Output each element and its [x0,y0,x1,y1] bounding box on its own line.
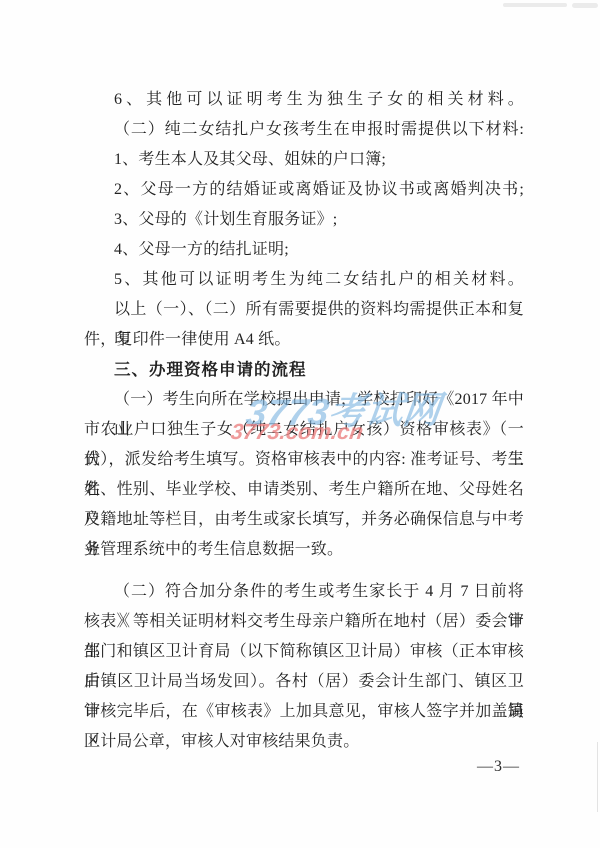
text-line: 核表》等相关证明材料交考生母亲户籍所在地村（居）委会计生 [84,607,524,637]
text-line: （一）考生向所在学校提出申请，学校打印好《2017 年中山 [84,385,524,415]
section-heading: 三、办理资格申请的流程 [84,355,524,385]
text-line: 4、父母一方的结扎证明; [84,235,524,265]
text-line: 6、其他可以证明考生为独生子女的相关材料。 [84,85,524,115]
text-line: 以上（一）、（二）所有需要提供的资料均需提供正本和复印 [84,295,524,325]
document-body: 6、其他可以证明考生为独生子女的相关材料。 （二）纯二女结扎户女孩考生在申报时需… [84,85,524,757]
text-line: 5、其他可以证明考生为纯二女结扎户的相关材料。 [84,265,524,295]
page-number: —3— [477,758,520,776]
document-page: 6、其他可以证明考生为独生子女的相关材料。 （二）纯二女结扎户女孩考生在申报时需… [0,0,600,848]
text-line: 份），派发给考生填写。资格审核表中的内容: 准考证号、考生姓 [84,445,524,475]
text-line: 由镇区卫计局当场发回）。各村（居）委会计生部门、镇区卫计局 [84,667,524,697]
text-line: 名、性别、毕业学校、申请类别、考生户籍所在地、父母姓名及 [84,475,524,505]
text-line: 3、父母的《计划生育服务证》; [84,205,524,235]
scan-artifact-streak [503,3,567,7]
text-line: （二）符合加分条件的考生或考生家长于 4 月 7 日前将《审 [84,577,524,607]
text-line: 2、父母一方的结婚证或离婚证及协议书或离婚判决书; [84,175,524,205]
text-line: 户籍地址等栏目，由考生或家长填写，并务必确保信息与中考业 [84,505,524,535]
text-line: 1、考生本人及其父母、姐妹的户口簿; [84,145,524,175]
text-line: 卫计局公章，审核人对审核结果负责。 [84,727,524,757]
scan-edge-line [597,742,598,812]
text-line: 市农业户口独生子女（纯二女结扎户女孩）资格审核表》（一式三 [84,415,524,445]
text-line: 件，复印件一律使用 A4 纸。 [84,325,524,355]
text-line: 部门和镇区卫计育局（以下简称镇区卫计局）审核（正本审核后 [84,637,524,667]
text-line: 务管理系统中的考生信息数据一致。 [84,535,524,565]
text-line: 审核完毕后，在《审核表》上加具意见，审核人签字并加盖镇区 [84,697,524,727]
scan-artifact-streak [572,3,598,8]
text-line: （二）纯二女结扎户女孩考生在申报时需提供以下材料: [84,115,524,145]
